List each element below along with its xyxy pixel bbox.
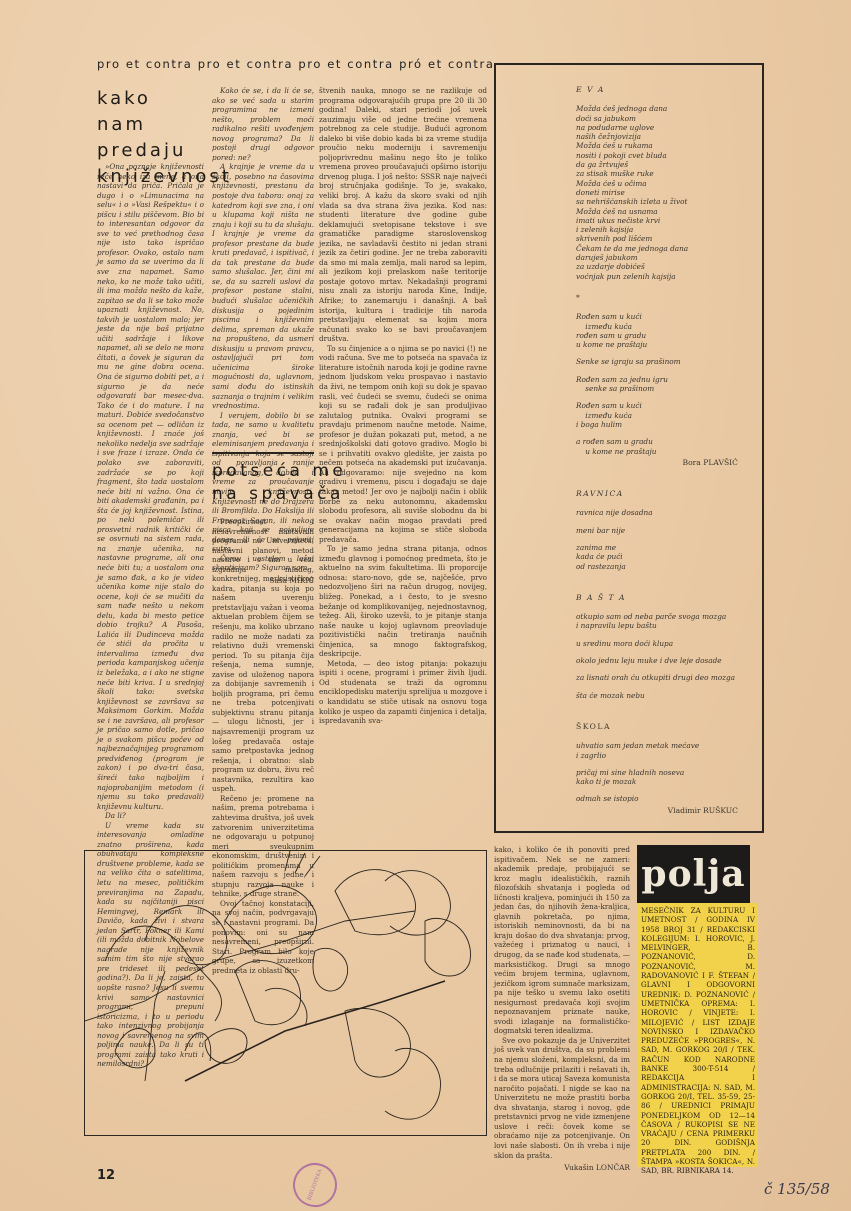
article1-column-2: Kako će se, i da li će se, ako se već sa…	[212, 86, 314, 585]
paragraph: štvenih nauka, mnogo se ne razlikuje od …	[319, 86, 487, 344]
poem-line: meni bar nije	[576, 526, 748, 535]
poem-line: za lisnati orah ću otkupiti drugi deo mo…	[576, 673, 748, 682]
poem-skola: ŠKOLA uhvatio sam jedan metak mećave i z…	[576, 722, 748, 815]
poem-line: daruješ jabukom	[576, 253, 748, 262]
section-divider	[212, 452, 314, 454]
poem-line: između kuća	[576, 411, 748, 420]
poem-line: ravnica nije dosadna	[576, 508, 748, 517]
poem-line: šta će mozak nebu	[576, 691, 748, 700]
poem-line: doći sa jabukom	[576, 114, 748, 123]
poem-line: u kome ne praštaju	[576, 447, 748, 456]
poem-line: pričaj mi sine hladnih noseva	[576, 768, 748, 777]
poem-line: Možda ćeš u rukama	[576, 141, 748, 150]
poem-line: senke sa prašinom	[576, 384, 748, 393]
poem-line: kako ti je mozak	[576, 777, 748, 786]
poem-line: odmah se istopio	[576, 794, 748, 803]
poem-line: za stisak muške ruke	[576, 169, 748, 178]
poem-title: E V A	[576, 85, 748, 94]
poem-line: i zagrlio	[576, 751, 748, 760]
poem-line: otkupio sam od neba parče svoga mozga	[576, 612, 748, 621]
paragraph: To je samo jedna strana pitanja, odnos i…	[319, 544, 487, 659]
poem-title: ŠKOLA	[576, 722, 748, 731]
poem-line: i napravilu lepu baštu	[576, 621, 748, 630]
poem-line: Čekam te da me jednoga dana	[576, 244, 748, 253]
poem-line: na podudarne uglove	[576, 123, 748, 132]
poem-line: Možda ćeš jednoga dana	[576, 104, 748, 113]
plant-drawing-icon	[85, 851, 487, 1136]
paragraph: kako, i koliko će ih ponoviti pred ispit…	[494, 845, 630, 1036]
poem-line: u kome ne praštaju	[576, 340, 748, 349]
article2-column-3: kako, i koliko će ih ponoviti pred ispit…	[494, 845, 630, 1173]
poem-line: okolo jednu leju muke i dve leje dosade	[576, 656, 748, 665]
poem-line: doneti mirise	[576, 188, 748, 197]
poem-line: od rastezanja	[576, 562, 748, 571]
poem-title: *	[576, 293, 748, 302]
poet-signature: Bora PLAVŠIĆ	[576, 458, 738, 467]
poem-line: skrivenih pod lišćem	[576, 234, 748, 243]
poem-untitled: * Rođen sam u kući između kuća rođen sam…	[576, 293, 748, 467]
poem-line: voćnjak pun zelenih kajsija	[576, 272, 748, 281]
poem-line: i boga hulim	[576, 420, 748, 429]
poem-line: za uzdarje dobićeš	[576, 262, 748, 271]
poem-line: Rođen sam u kući	[576, 312, 748, 321]
paragraph: »Ona poznaje književnosti reče neko iza …	[97, 162, 204, 811]
poem-line: i zelenih kajsija	[576, 225, 748, 234]
title-line: kako nam	[97, 86, 207, 138]
poem-line: nositi i pokoji cvet bluda	[576, 151, 748, 160]
library-stamp: BIBLIOTEKA	[287, 1157, 343, 1211]
poem-title: B A Š T A	[576, 593, 748, 602]
poem-line: između kuća	[576, 322, 748, 331]
poem-line: zanima me	[576, 543, 748, 552]
imprint-box: Mesečnik za kulturu i umetnost / Godina …	[637, 903, 758, 1167]
poem-line: uhvatio sam jedan metak mećave	[576, 741, 748, 750]
handwritten-catalog-note: č 135/58	[764, 1180, 830, 1198]
poem-line: rođen sam u gradu	[576, 331, 748, 340]
paragraph: Kako će se, i da li će se, ako se već sa…	[212, 86, 314, 162]
running-head: pro et contra pro et contra pro et contr…	[97, 57, 495, 71]
paragraph: To su činjenice a o njima se po navici (…	[319, 344, 487, 544]
poem-ravnica: RAVNICA ravnica nije dosadna meni bar ni…	[576, 489, 748, 571]
poet-signature: Vladimir RUŠKUC	[576, 806, 738, 815]
polja-logo: polja	[637, 845, 750, 903]
poem-line: imati ukus nečiste krvi	[576, 216, 748, 225]
poetry-box: E V A Možda ćeš jednoga dana doći sa jab…	[494, 63, 764, 833]
plant-illustration	[84, 850, 487, 1136]
poem-basta: B A Š T A otkupio sam od neba parče svog…	[576, 593, 748, 700]
poem-line: Rođen sam za jednu igru	[576, 375, 748, 384]
paragraph: Da li?	[97, 811, 204, 821]
poem-line: a rođen sam u gradu	[576, 437, 748, 446]
poem-line: Senke se igraju sa prašinom	[576, 357, 748, 366]
poem-eva: E V A Možda ćeš jednoga dana doći sa jab…	[576, 85, 748, 281]
poem-line: u sredinu mora doći klupa	[576, 639, 748, 648]
poem-line: Možda ćeš u očima	[576, 179, 748, 188]
paragraph: A krajnje je vreme da u školi, posebno n…	[212, 162, 314, 410]
poem-line: kada će pući	[576, 552, 748, 561]
paragraph: Sve ovo pokazuje da je Univerzitet još u…	[494, 1036, 630, 1160]
article2-column-2: štvenih nauka, mnogo se ne razlikuje od …	[319, 86, 487, 726]
paragraph: Preopširnost i nesavremenost nastavnih p…	[212, 517, 314, 794]
poem-line: naših čežnjovizija	[576, 132, 748, 141]
paragraph: Metoda, — deo istog pitanja: pokazuju is…	[319, 659, 487, 726]
poem-line: Možda ćeš na usnama	[576, 207, 748, 216]
poem-title: RAVNICA	[576, 489, 748, 498]
poem-line: da ga žrtvuješ	[576, 160, 748, 169]
title-line: predaju	[97, 138, 207, 164]
poem-line: sa nehrišćanskih izleta u život	[576, 197, 748, 206]
page-number: 12	[97, 1168, 115, 1183]
author-signature: Vukašin LONČAR	[494, 1163, 630, 1173]
poem-line: Rođen sam u kući	[576, 401, 748, 410]
